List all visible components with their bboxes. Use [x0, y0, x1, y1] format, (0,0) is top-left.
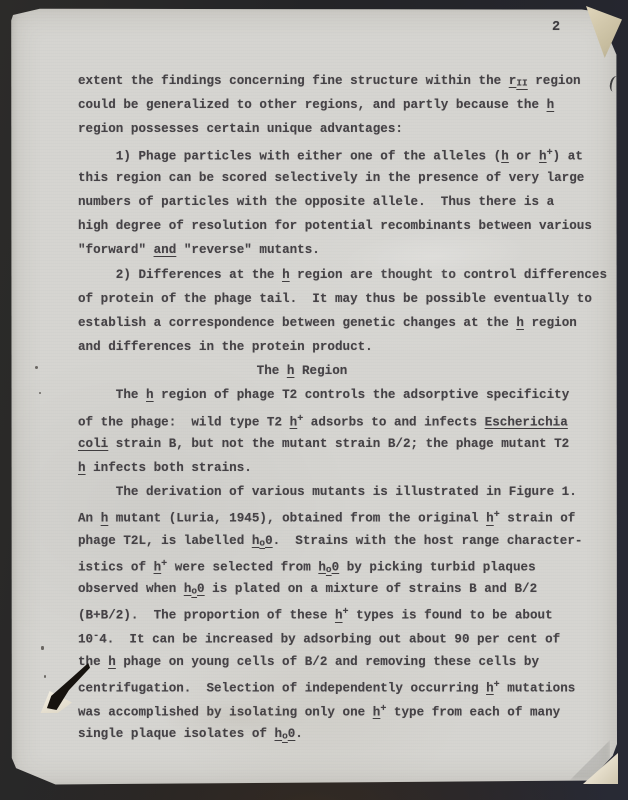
text-line: h infects both strains.	[78, 456, 594, 480]
text-line: the h phage on young cells of B/2 and re…	[78, 650, 594, 674]
text-line: could be generalized to other regions, a…	[78, 93, 594, 117]
paper-speck	[41, 646, 44, 650]
text-line: numbers of particles with the opposite a…	[78, 190, 594, 214]
text-line: 10-4. It can be increased by adsorbing o…	[78, 625, 594, 649]
paper-speck	[35, 366, 38, 369]
text-line: this region can be scored selectively in…	[78, 166, 594, 190]
text-line: An h mutant (Luria, 1945), obtained from…	[78, 504, 594, 528]
page-number: 2	[552, 20, 560, 35]
text-line: The h region of phage T2 controls the ad…	[78, 383, 594, 407]
text-line: establish a correspondence between genet…	[78, 311, 594, 335]
text-line: istics of h+ were selected from ho0 by p…	[78, 553, 594, 577]
section-heading: The h Region	[44, 359, 560, 383]
photo-backdrop: 2 extent the findings concerning fine st…	[0, 0, 628, 800]
text-line: of the phage: wild type T2 h+ adsorbs to…	[78, 408, 594, 432]
typewritten-text: extent the findings concerning fine stru…	[78, 69, 594, 746]
text-line: 2) Differences at the h region are thoug…	[78, 263, 594, 287]
text-line: The derivation of various mutants is ill…	[78, 480, 594, 504]
text-line: of protein of the phage tail. It may thu…	[78, 287, 594, 311]
text-line: observed when ho0 is plated on a mixture…	[78, 577, 594, 601]
text-line: phage T2L, is labelled ho0. Strains with…	[78, 529, 594, 553]
text-line: was accomplished by isolating only one h…	[78, 698, 594, 722]
text-line: (B+B/2). The proportion of these h+ type…	[78, 601, 594, 625]
text-line: region possesses certain unique advantag…	[78, 117, 594, 141]
text-line: coli strain B, but not the mutant strain…	[78, 432, 594, 456]
text-line: 1) Phage particles with either one of th…	[78, 142, 594, 166]
text-line: extent the findings concerning fine stru…	[78, 69, 594, 93]
paper-speck	[39, 392, 41, 394]
paper-speck	[44, 675, 46, 678]
text-line: and differences in the protein product.	[78, 335, 594, 359]
text-line: high degree of resolution for potential …	[78, 214, 594, 238]
document-page: 2 extent the findings concerning fine st…	[10, 8, 617, 786]
text-line: single plaque isolates of ho0.	[78, 722, 594, 746]
text-line: centrifugation. Selection of independent…	[78, 674, 594, 698]
text-line: "forward" and "reverse" mutants.	[78, 238, 594, 262]
